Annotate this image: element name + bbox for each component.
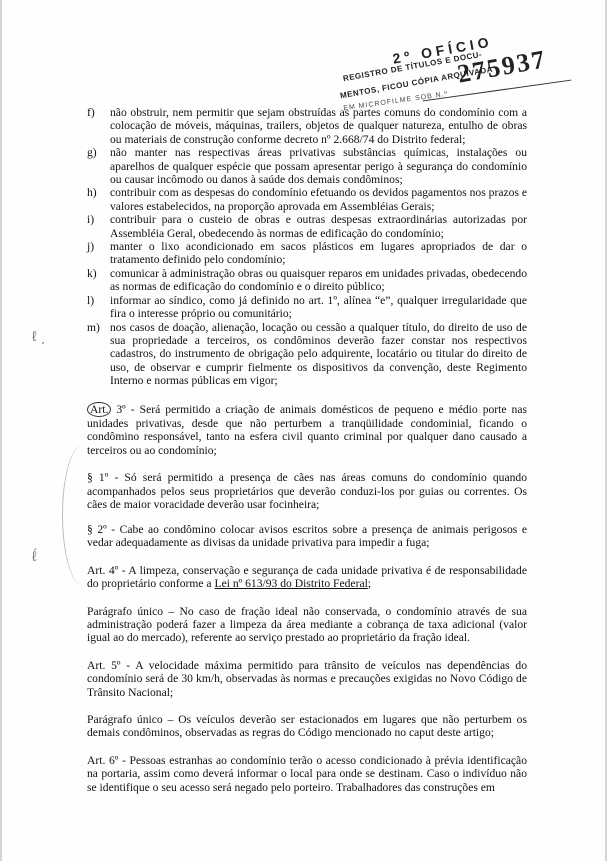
article-6: Art. 6º - Pessoas estranhas ao condomíni… bbox=[87, 754, 527, 794]
list-item: i)contribuir para o custeio de obras e o… bbox=[87, 213, 527, 240]
article-5: Art. 5º - A velocidade máxima permitido … bbox=[87, 659, 527, 699]
list-item: j)manter o lixo acondicionado em sacos p… bbox=[87, 240, 527, 267]
article-3-paragraph-2: § 2º - Cabe ao condômino colocar avisos … bbox=[87, 523, 527, 550]
list-item: f)não obstruir, nem permitir que sejam o… bbox=[87, 106, 527, 146]
article-4: Art. 4º - A limpeza, conservação e segur… bbox=[87, 564, 527, 591]
list-item: m)nos casos de doação, alienação, locaçã… bbox=[87, 321, 527, 388]
document-body: f)não obstruir, nem permitir que sejam o… bbox=[87, 106, 527, 806]
article-3: Art. 3º - Será permitido a criação de an… bbox=[87, 402, 527, 458]
article-3-paragraph-1: § 1º - Só será permitido a presença de c… bbox=[87, 471, 527, 511]
handwritten-mark-icon: ℓ́ bbox=[32, 548, 37, 564]
list-item: l)informar ao síndico, como já definido … bbox=[87, 294, 527, 321]
list-item: g)não manter nas respectivas áreas priva… bbox=[87, 146, 527, 186]
article-5-single-paragraph: Parágrafo único – Os veículos deverão se… bbox=[87, 713, 527, 740]
document-page: 2º OFÍCIO REGISTRO DE TÍTULOS E DOCU- ME… bbox=[2, 0, 605, 861]
list-item: k)comunicar à administração obras ou qua… bbox=[87, 267, 527, 294]
list-item: h)contribuir com as despesas do condomín… bbox=[87, 186, 527, 213]
article-4-single-paragraph: Parágrafo único – No caso de fração idea… bbox=[87, 605, 527, 645]
handwritten-mark-icon: ℓ ˏ bbox=[32, 328, 45, 344]
